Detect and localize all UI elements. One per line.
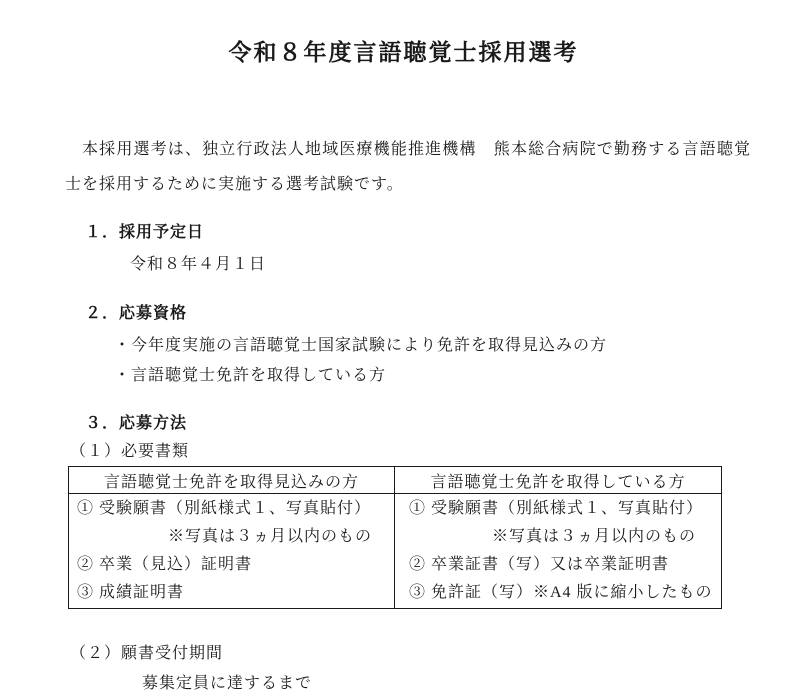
document-title: 令和８年度言語聴覚士採用選考	[0, 34, 807, 67]
intro-paragraph: 本採用選考は、独立行政法人地域医療機能推進機構 熊本総合病院で勤務する言語聴覚士…	[65, 132, 751, 202]
hire-date-value: 令和８年４月１日	[130, 251, 266, 274]
documents-table: 言語聴覚士免許を取得見込みの方 言語聴覚士免許を取得している方 ① 受験願書（別…	[68, 466, 722, 609]
table-cell-licensed: ① 受験願書（別紙様式１、写真貼付） ※写真は３ヵ月以内のもの ② 卒業証書（写…	[395, 494, 722, 609]
document-page: 令和８年度言語聴覚士採用選考 本採用選考は、独立行政法人地域医療機能推進機構 熊…	[0, 0, 807, 699]
table-header-row: 言語聴覚士免許を取得見込みの方 言語聴覚士免許を取得している方	[69, 467, 722, 494]
qualification-bullet-licensed: ・言語聴覚士免許を取得している方	[114, 362, 386, 385]
table-line-note: ※写真は３ヵ月以内のもの	[69, 523, 390, 551]
table-body-row: ① 受験願書（別紙様式１、写真貼付） ※写真は３ヵ月以内のもの ② 卒業（見込）…	[69, 494, 722, 609]
table-line: ② 卒業（見込）証明書	[69, 551, 390, 579]
subsection-required-documents: （１）必要書類	[70, 438, 189, 461]
table-header-prospective: 言語聴覚士免許を取得見込みの方	[69, 467, 395, 494]
table-line: ③ 免許証（写）※A4 版に縮小したもの	[395, 579, 717, 607]
documents-table-container: 言語聴覚士免許を取得見込みの方 言語聴覚士免許を取得している方 ① 受験願書（別…	[68, 466, 722, 609]
section-heading-application-method: ３．応募方法	[85, 410, 187, 433]
subsection-application-period: （２）願書受付期間	[70, 640, 223, 663]
table-cell-prospective: ① 受験願書（別紙様式１、写真貼付） ※写真は３ヵ月以内のもの ② 卒業（見込）…	[69, 494, 395, 609]
table-line: ② 卒業証書（写）又は卒業証明書	[395, 551, 717, 579]
table-line-note: ※写真は３ヵ月以内のもの	[395, 523, 717, 551]
application-period-value: 募集定員に達するまで	[142, 670, 312, 693]
qualification-bullet-prospective: ・今年度実施の言語聴覚士国家試験により免許を取得見込みの方	[114, 332, 607, 355]
table-line: ① 受験願書（別紙様式１、写真貼付）	[69, 495, 390, 523]
section-heading-qualifications: ２．応募資格	[85, 300, 187, 323]
table-line: ① 受験願書（別紙様式１、写真貼付）	[395, 495, 717, 523]
table-header-licensed: 言語聴覚士免許を取得している方	[395, 467, 722, 494]
table-line: ③ 成績証明書	[69, 579, 390, 607]
section-heading-hire-date: １．採用予定日	[85, 219, 204, 242]
